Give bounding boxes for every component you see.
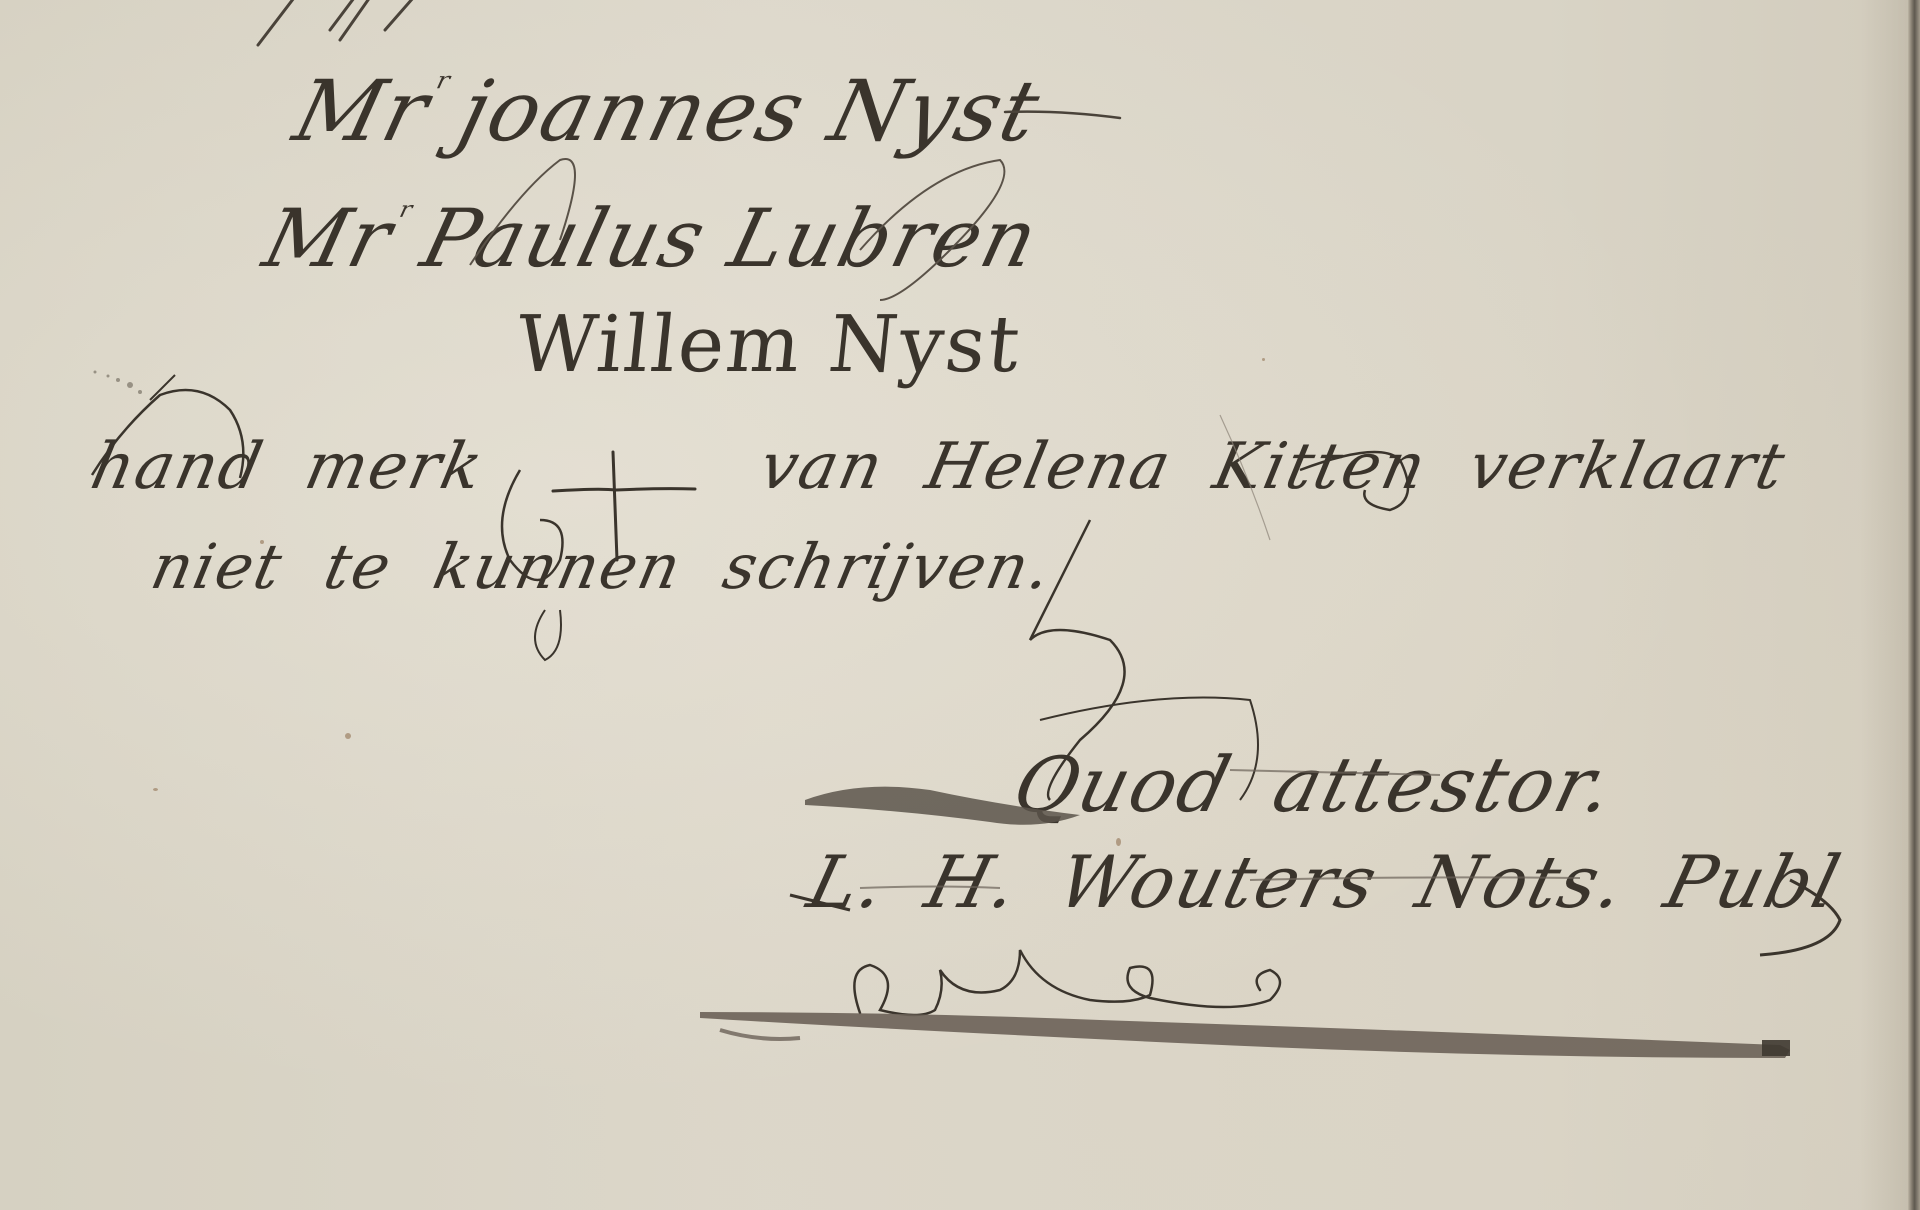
- paper-speck: [1262, 358, 1265, 361]
- witness-name: joannes Nyst: [450, 62, 1051, 160]
- attestation-text: Quod attestor.: [1005, 740, 1624, 829]
- notary-signature: L. H. Wouters Nots. Publ: [800, 840, 1850, 924]
- paper-speck: [345, 733, 351, 739]
- paraph-underline: [700, 1012, 1790, 1058]
- ink-splatter: [94, 371, 143, 395]
- binding-shadow: [1860, 0, 1908, 1210]
- ink-flourishes: [0, 0, 1920, 1210]
- paraph-loops: [854, 950, 1280, 1015]
- statement-text-before-mark: hand merk: [85, 430, 491, 504]
- statement-line-2: niet te kunnen schrijven.: [145, 530, 1059, 603]
- page-gutter-edge: [1908, 0, 1920, 1210]
- witness-signature-joannes-nyst: Mrʳjoannes Nyst: [285, 62, 1050, 160]
- paraph-underline-tail: [720, 1030, 800, 1039]
- hand-initial-flourish: [150, 375, 175, 400]
- underline-end-blot: [1762, 1040, 1790, 1056]
- manuscript-page: Mrʳjoannes Nyst MrʳPaulus Lubren Willem …: [0, 0, 1920, 1210]
- paper-speck: [153, 788, 158, 791]
- descender-loop: [535, 610, 561, 660]
- witness-signature-paulus-lubren: MrʳPaulus Lubren: [255, 192, 1048, 285]
- witness-name: Paulus Lubren: [413, 192, 1048, 285]
- statement-line-1: hand merk van Helena Kitten verklaart: [85, 430, 1793, 504]
- witness-name: Willem Nyst: [512, 300, 1026, 390]
- witness-title: Mr: [285, 62, 440, 160]
- witness-signature-willem-nyst: Willem Nyst: [512, 300, 1026, 390]
- notary-signature-text: L. H. Wouters Nots. Publ: [800, 840, 1850, 924]
- statement-text: niet te kunnen schrijven.: [145, 530, 1059, 603]
- witness-title: Mr: [255, 192, 402, 285]
- previous-line-descenders: [258, 0, 420, 45]
- attestation-formula: Quod attestor.: [1005, 740, 1624, 829]
- statement-text-after-mark: van Helena Kitten verklaart: [754, 430, 1793, 504]
